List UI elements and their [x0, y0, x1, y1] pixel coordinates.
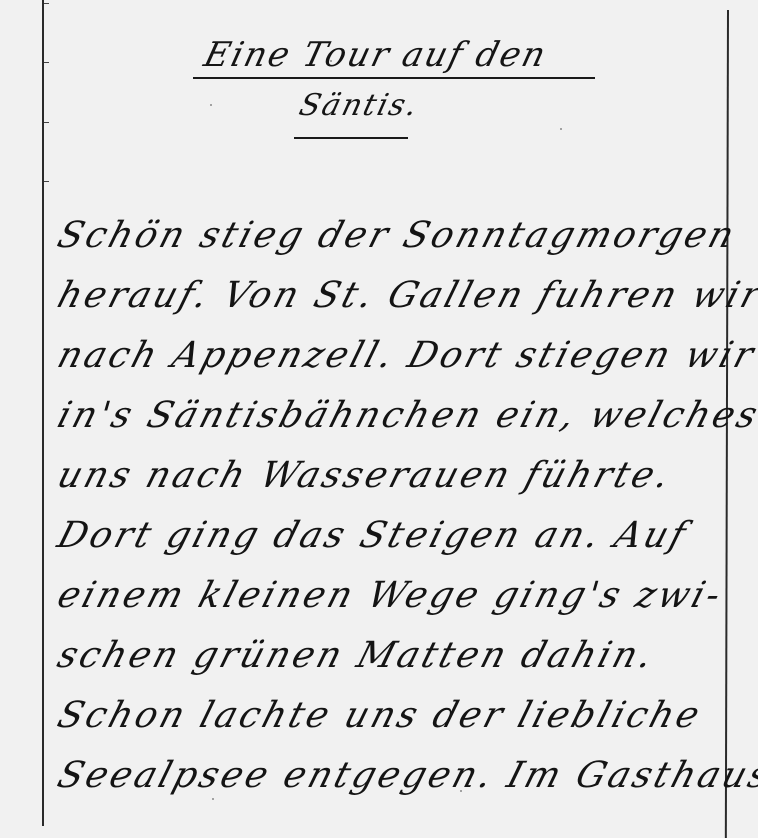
body-line: nach Appenzell. Dort stiegen wir: [50, 326, 737, 386]
body-line: in's Säntisbähnchen ein, welches: [50, 386, 737, 446]
body-line: schen grünen Matten dahin.: [50, 626, 737, 686]
margin-tick: [44, 3, 49, 4]
left-margin-rule: [42, 0, 44, 826]
body-text: Schön stieg der Sonntagmorgen herauf. Vo…: [50, 206, 720, 806]
subtitle-underline: [294, 137, 408, 139]
margin-tick: [44, 181, 49, 182]
title-underline: [193, 77, 595, 79]
body-line: uns nach Wasserauen führte.: [50, 446, 737, 506]
paper-speck: [330, 60, 332, 62]
paper-speck: [210, 104, 212, 106]
paper-speck: [250, 298, 252, 300]
handwritten-page: Eine Tour auf den Säntis. Schön stieg de…: [0, 0, 758, 838]
margin-tick: [44, 62, 49, 63]
body-line: Dort ging das Steigen an. Auf: [50, 506, 737, 566]
title-line-1: Eine Tour auf den: [200, 35, 551, 75]
paper-speck: [560, 128, 562, 130]
paper-speck: [460, 790, 462, 792]
body-line: Schön stieg der Sonntagmorgen: [50, 206, 737, 266]
body-line: einem kleinen Wege ging's zwi-: [50, 566, 737, 626]
paper-speck: [212, 798, 214, 800]
title-line-2: Säntis.: [296, 88, 423, 123]
body-line: Schon lachte uns der liebliche: [50, 686, 737, 746]
body-line: herauf. Von St. Gallen fuhren wir: [50, 266, 737, 326]
body-line: Seealpsee entgegen. Im Gasthaus: [50, 746, 737, 806]
margin-tick: [44, 122, 49, 123]
